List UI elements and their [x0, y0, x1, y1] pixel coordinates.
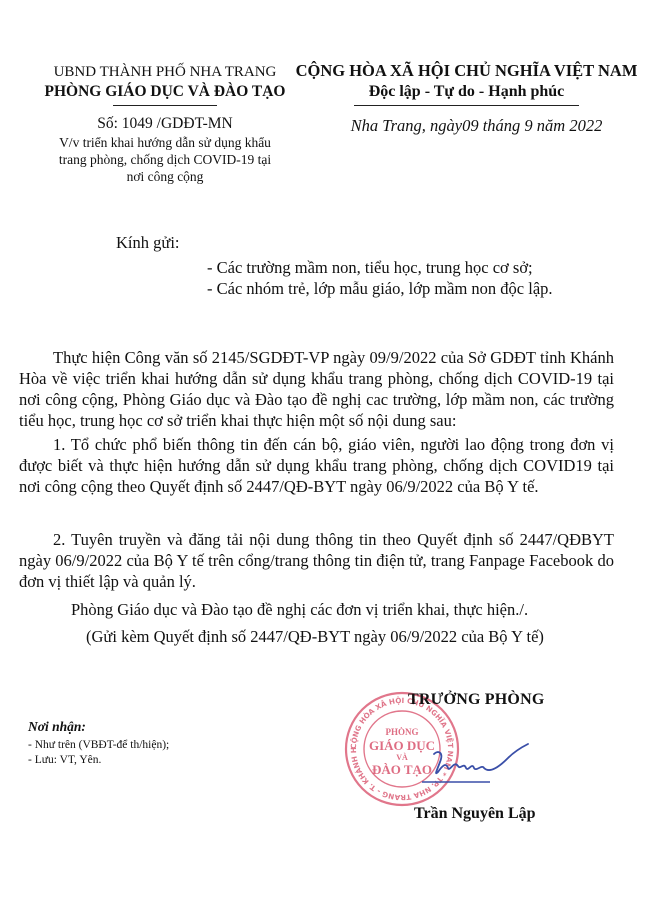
- recipients-item-1: - Như trên (VBĐT-để th/hiện);: [28, 739, 169, 751]
- header-divider: [113, 105, 217, 106]
- nation-name: CỘNG HÒA XÃ HỘI CHỦ NGHĨA VIỆT NAM: [280, 60, 653, 82]
- recipient-line-1: - Các trường mầm non, tiểu học, trung họ…: [207, 258, 533, 278]
- intro-paragraph: Thực hiện Công văn số 2145/SGDĐT-VP ngày…: [19, 347, 614, 431]
- subject-line-1: V/v triển khai hướng dẫn sử dụng khẩu: [0, 134, 330, 151]
- recipient-line-2: - Các nhóm trẻ, lớp mẫu giáo, lớp mầm no…: [207, 279, 553, 299]
- national-header-block: CỘNG HÒA XÃ HỘI CHỦ NGHĨA VIỆT NAM Độc l…: [280, 60, 653, 136]
- recipients-item-2: - Lưu: VT, Yên.: [28, 754, 101, 766]
- recipients-label: Nơi nhận:: [28, 719, 86, 735]
- subject-line-2: trang phòng, chống dịch COVID-19 tại: [0, 151, 330, 168]
- attachment-note: (Gửi kèm Quyết định số 2447/QĐ-BYT ngày …: [86, 627, 544, 647]
- handwritten-signature: [420, 740, 550, 790]
- national-motto: Độc lập - Tự do - Hạnh phúc: [280, 82, 653, 102]
- motto-divider: [354, 105, 579, 106]
- subject-line-3: nơi công cộng: [0, 168, 330, 185]
- item-2-paragraph: 2. Tuyên truyền và đăng tải nội dung thô…: [19, 529, 614, 592]
- svg-text:PHÒNG: PHÒNG: [386, 727, 419, 737]
- salutation-label: Kính gửi:: [116, 233, 180, 253]
- place-date: Nha Trang, ngày09 tháng 9 năm 2022: [280, 116, 653, 136]
- closing-sentence: Phòng Giáo dục và Đào tạo đề nghị các đơ…: [71, 600, 528, 620]
- signer-name: Trần Nguyên Lập: [414, 805, 536, 823]
- signer-title: TRƯỞNG PHÒNG: [408, 691, 544, 709]
- svg-text:VÀ: VÀ: [396, 752, 408, 762]
- item-1-paragraph: 1. Tổ chức phổ biến thông tin đến cán bộ…: [19, 434, 614, 497]
